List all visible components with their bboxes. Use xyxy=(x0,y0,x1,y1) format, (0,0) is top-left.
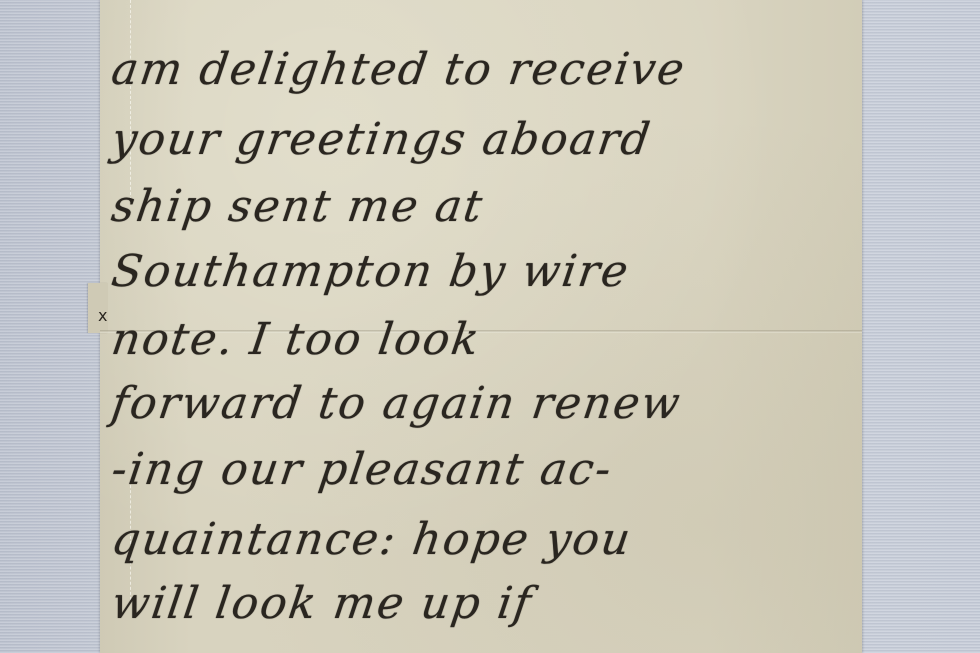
handwritten-line: ship sent me at xyxy=(109,185,487,229)
handwritten-line: am delighted to receive xyxy=(109,48,689,92)
handwritten-line: your greetings aboard xyxy=(109,118,654,162)
margin-mark: x xyxy=(98,306,107,325)
handwritten-line: note. I too look xyxy=(109,318,483,362)
handwritten-line: will look me up if xyxy=(109,582,535,626)
paper-edge-tear xyxy=(130,0,137,200)
handwritten-line: Southampton by wire xyxy=(109,250,633,294)
handwritten-line: forward to again renew xyxy=(109,382,684,426)
handwritten-line: -ing our pleasant ac- xyxy=(109,448,616,492)
handwritten-line: quaintance: hope you xyxy=(109,518,635,562)
